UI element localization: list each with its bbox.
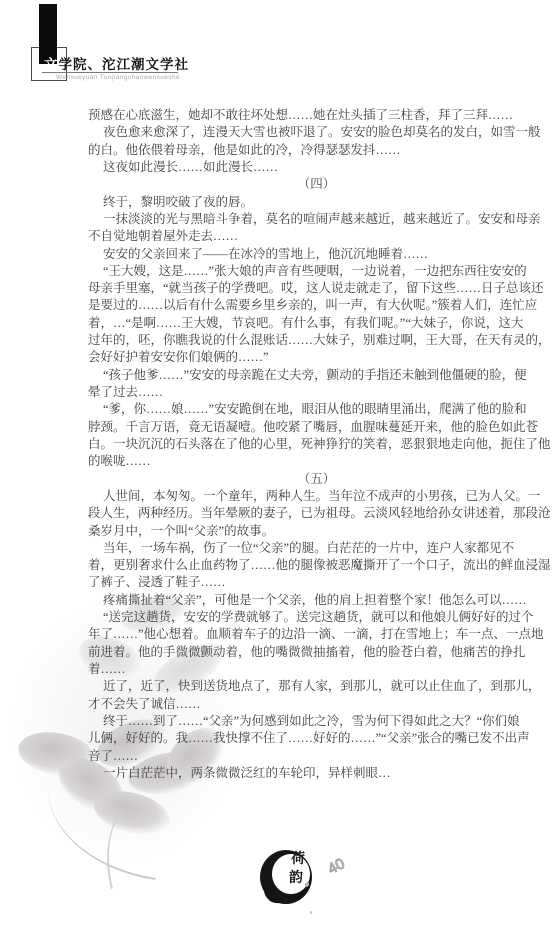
footer-logo: 荷 韵 40 [258,846,368,936]
leaf-icon [15,727,99,782]
text-line: 不自觉地朝着屋外走去…… [88,228,545,245]
brush-speck-icon [310,911,312,914]
text-line: 会好好护着安安你们娘俩的……” [88,349,545,366]
pinyin-subtitle: Wenxueyuan Tuojiangchaowenxueshe [56,74,180,81]
text-line: “孩子他爹……”安安的母亲跪在丈夫旁，颤动的手指还未触到他僵硬的脸，便 [88,367,545,384]
logo-char-he: 荷 [291,853,305,867]
text-line: 前进着。他的手微微颤动着，他的嘴微微抽搐着，他的脸苍白着，他痛苦的挣扎 [88,644,545,661]
text-line: 过年的，呸，你瞧我说的什么混账话……大妹子，别难过啊，王大哥，在天有灵的， [88,332,545,349]
text-line: 终于……到了……“父亲”为何感到如此之冷，雪为何下得如此之大？“你们娘 [88,713,545,730]
text-line: 着…… [88,661,545,678]
text-line: 段人生，两种经历。当年晕厥的妻子，已为祖母。云淡风轻地给孙女讲述着，那段沧 [88,505,545,522]
page-title: 文学院、沱江潮文学社 [44,53,189,73]
text-line: 的喉咙…… [88,453,545,470]
text-line: 的白。他依偎着母亲，他是如此的冷，冷得瑟瑟发抖…… [88,142,545,159]
text-line: 着，…“是啊……王大嫂，节哀吧。有什么事，有我们呢。”“大妹子，你说，这大 [88,315,545,332]
text-line: 预感在心底滋生，她却不敢往坏处想……她在灶头插了三柱香，拜了三拜…… [88,107,545,124]
text-line: 夜色愈来愈深了，连漫天大雪也被吓退了。安安的脸色却莫名的发白，如雪一般 [88,124,545,141]
text-line: 母亲手里塞，“就当孩子的学费吧。哎，这人说走就走了，留下这些……日子总该还 [88,280,545,297]
text-line: 了裤子、浸透了鞋子…… [88,574,545,591]
text-line: （五） [88,471,545,488]
text-line: （四） [88,176,545,193]
text-line: 晕了过去…… [88,384,545,401]
leaf-icon [89,784,175,843]
text-line: 白。一块沉沉的石头落在了他的心里，死神狰狞的笑着，恶狠狠地走向他，扼住了他 [88,436,545,453]
stem-icon [37,780,168,880]
text-line: 近了，近了，快到送货地点了，那有人家，到那儿，就可以止住血了，到那儿， [88,678,545,695]
page-number: 40 [325,855,348,878]
text-line: 才不会失了诚信…… [88,696,545,713]
page-title-first-char: 文 [44,57,59,72]
text-line: “王大嫂，这是……”张大娘的声音有些哽咽，一边说着，一边把东西往安安的 [88,263,545,280]
text-line: 桑岁月中，一个叫“父亲”的故事。 [88,523,545,540]
text-line: 疼痛撕扯着“父亲”，可他是一个父亲，他的肩上担着整个家！他怎么可以…… [88,592,545,609]
text-line: 音了…… [88,748,545,765]
text-line: 终于，黎明咬破了夜的唇。 [88,194,545,211]
text-line: 这夜如此漫长……如此漫长…… [88,159,545,176]
logo-char-yun: 韵 [289,872,303,886]
text-line: 儿俩，好好的。我……我快撑不住了……好好的……”“父亲”张合的嘴已发不出声 [88,730,545,747]
article-text: 预感在心底滋生，她却不敢往坏处想……她在灶头插了三柱香，拜了三拜……夜色愈来愈深… [88,107,545,782]
page-title-rest: 学院、沱江潮文学社 [59,57,190,72]
text-line: 一片白茫茫中，两条微微泛红的车轮印，异样刺眼… [88,765,545,782]
text-line: 人世间，本匆匆。一个童年，两种人生。当年泣不成声的小男孩，已为人父。一 [88,488,545,505]
text-line: 脖颈。千言万语，竟无语凝噎。他咬紧了嘴唇，血腥味蔓延开来，他的脸色如此苍 [88,419,545,436]
masthead: 文学院、沱江潮文学社 Wenxueyuan Tuojiangchaowenxue… [0,0,250,95]
text-line: 年了……”他心想着。血顺着车子的边沿一滴、一滴，打在雪地上；车一点、一点地 [88,626,545,643]
text-line: 是要过的……以后有什么需要乡里乡亲的，叫一声，有大伙呢。”簇着人们，连忙应 [88,297,545,314]
text-line: 着，更别奢求什么止血药物了……他的腿像被恶魔撕开了一个口子，流出的鲜血浸湿 [88,557,545,574]
text-line: “送完这趟货，安安的学费就够了。送完这趟货，就可以和他娘儿俩好好的过个 [88,609,545,626]
title-underline [42,72,178,73]
text-line: 当年，一场车祸，伤了一位“父亲”的腿。白茫茫的一片中，连户人家都见不 [88,540,545,557]
stem-icon [91,795,164,890]
text-line: “爹，你……娘……”安安跪倒在地，眼泪从他的眼睛里涌出，爬满了他的脸和 [88,401,545,418]
text-line: 安安的父亲回来了——在冰冷的雪地上，他沉沉地睡着…… [88,246,545,263]
text-line: 一抹淡淡的光与黑暗斗争着，莫名的喧闹声越来越近，越来越近了。安安和母亲 [88,211,545,228]
